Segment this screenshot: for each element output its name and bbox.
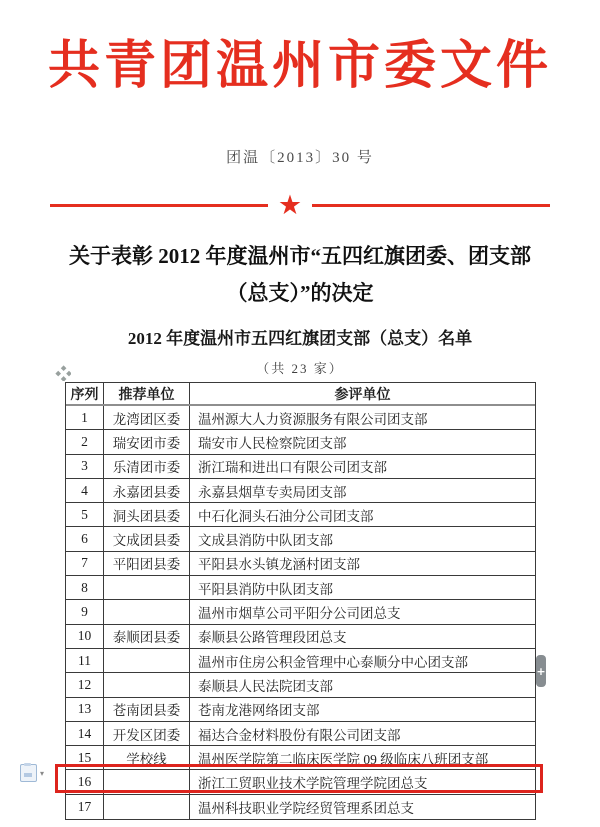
cell-seq: 12 <box>66 673 103 696</box>
cell-seq: 8 <box>66 576 103 599</box>
cell-recommender <box>103 673 189 696</box>
divider-line-left <box>50 204 268 207</box>
table-row: 13苍南团县委苍南龙港网络团支部 <box>66 698 535 722</box>
cell-recommender: 永嘉团县委 <box>103 479 189 502</box>
paste-options-widget[interactable]: ▾ <box>20 763 54 783</box>
cell-unit: 温州科技职业学院经贸管理系团总支 <box>189 795 535 819</box>
cell-recommender: 洞头团县委 <box>103 503 189 526</box>
table-row: 4永嘉团县委永嘉县烟草专卖局团支部 <box>66 479 535 503</box>
table-row: 16浙江工贸职业技术学院管理学院团总支 <box>66 770 535 794</box>
table-resize-plus-handle[interactable]: + <box>536 655 546 687</box>
cell-recommender: 泰顺团县委 <box>103 625 189 648</box>
cell-seq: 16 <box>66 770 103 793</box>
cell-seq: 1 <box>66 406 103 429</box>
column-header-seq: 序列 <box>66 383 103 404</box>
cell-unit: 苍南龙港网络团支部 <box>189 698 535 721</box>
decision-title-line2: （总支）”的决定 <box>30 275 570 312</box>
table-row: 5洞头团县委中石化洞头石油分公司团支部 <box>66 503 535 527</box>
cell-seq: 3 <box>66 455 103 478</box>
cell-unit: 浙江瑞和进出口有限公司团支部 <box>189 455 535 478</box>
cell-unit: 中石化洞头石油分公司团支部 <box>189 503 535 526</box>
cell-unit: 瑞安市人民检察院团支部 <box>189 430 535 453</box>
cell-seq: 10 <box>66 625 103 648</box>
table-row: 15学校线温州医学院第二临床医学院 09 级临床八班团支部 <box>66 746 535 770</box>
table-row: 3乐清团市委浙江瑞和进出口有限公司团支部 <box>66 455 535 479</box>
awards-table-body: 1龙湾团区委温州源大人力资源服务有限公司团支部2瑞安团市委瑞安市人民检察院团支部… <box>66 406 535 819</box>
table-row: 6文成团县委文成县消防中队团支部 <box>66 527 535 551</box>
cell-recommender: 文成团县委 <box>103 527 189 550</box>
cell-unit: 温州源大人力资源服务有限公司团支部 <box>189 406 535 429</box>
cell-seq: 15 <box>66 746 103 769</box>
cell-recommender: 苍南团县委 <box>103 698 189 721</box>
masthead-title: 共青团温州市委文件 <box>0 34 600 100</box>
clipboard-icon <box>20 764 37 782</box>
cell-seq: 9 <box>66 600 103 623</box>
cell-recommender <box>103 770 189 793</box>
cell-recommender: 瑞安团市委 <box>103 430 189 453</box>
list-title: 2012 年度温州市五四红旗团支部（总支）名单 <box>0 324 600 349</box>
cell-unit: 泰顺县公路管理段团总支 <box>189 625 535 648</box>
cell-seq: 5 <box>66 503 103 526</box>
cell-seq: 13 <box>66 698 103 721</box>
awards-table-header: 序列 推荐单位 参评单位 <box>66 383 535 406</box>
cell-unit: 永嘉县烟草专卖局团支部 <box>189 479 535 502</box>
cell-unit: 泰顺县人民法院团支部 <box>189 673 535 696</box>
cell-seq: 2 <box>66 430 103 453</box>
table-row: 8平阳县消防中队团支部 <box>66 576 535 600</box>
table-row: 14开发区团委福达合金材料股份有限公司团支部 <box>66 722 535 746</box>
cell-unit: 温州市烟草公司平阳分公司团总支 <box>189 600 535 623</box>
column-header-recommender: 推荐单位 <box>103 383 189 404</box>
document-page: 共青团温州市委文件 团温〔2013〕30 号 ★ 关于表彰 2012 年度温州市… <box>0 0 600 827</box>
cell-unit: 平阳县消防中队团支部 <box>189 576 535 599</box>
table-row: 1龙湾团区委温州源大人力资源服务有限公司团支部 <box>66 406 535 430</box>
cell-seq: 6 <box>66 527 103 550</box>
cell-recommender: 龙湾团区委 <box>103 406 189 429</box>
cell-recommender <box>103 795 189 819</box>
star-icon: ★ <box>278 192 302 219</box>
decision-title: 关于表彰 2012 年度温州市“五四红旗团委、团支部 （总支）”的决定 <box>30 238 570 312</box>
table-row: 10泰顺团县委泰顺县公路管理段团总支 <box>66 625 535 649</box>
cell-recommender <box>103 649 189 672</box>
cell-recommender <box>103 576 189 599</box>
list-count: （共 23 家） <box>0 358 600 377</box>
cell-seq: 7 <box>66 552 103 575</box>
cell-seq: 14 <box>66 722 103 745</box>
red-divider: ★ <box>0 190 600 220</box>
column-header-unit: 参评单位 <box>189 383 535 404</box>
cell-unit: 福达合金材料股份有限公司团支部 <box>189 722 535 745</box>
cell-unit: 文成县消防中队团支部 <box>189 527 535 550</box>
cell-seq: 17 <box>66 795 103 819</box>
cell-unit: 温州医学院第二临床医学院 09 级临床八班团支部 <box>189 746 535 769</box>
table-move-handle-icon[interactable] <box>55 365 71 381</box>
chevron-down-icon: ▾ <box>40 769 44 778</box>
cell-recommender: 平阳团县委 <box>103 552 189 575</box>
cell-unit: 浙江工贸职业技术学院管理学院团总支 <box>189 770 535 793</box>
table-row: 11温州市住房公积金管理中心泰顺分中心团支部 <box>66 649 535 673</box>
awards-table: 序列 推荐单位 参评单位 1龙湾团区委温州源大人力资源服务有限公司团支部2瑞安团… <box>65 382 536 820</box>
cell-seq: 11 <box>66 649 103 672</box>
divider-line-right <box>312 204 550 207</box>
cell-recommender <box>103 600 189 623</box>
decision-title-line1: 关于表彰 2012 年度温州市“五四红旗团委、团支部 <box>30 238 570 275</box>
table-row: 12泰顺县人民法院团支部 <box>66 673 535 697</box>
table-row: 9温州市烟草公司平阳分公司团总支 <box>66 600 535 624</box>
document-number: 团温〔2013〕30 号 <box>0 146 600 167</box>
cell-unit: 温州市住房公积金管理中心泰顺分中心团支部 <box>189 649 535 672</box>
table-row: 17温州科技职业学院经贸管理系团总支 <box>66 795 535 819</box>
table-row: 2瑞安团市委瑞安市人民检察院团支部 <box>66 430 535 454</box>
cell-recommender: 开发区团委 <box>103 722 189 745</box>
cell-seq: 4 <box>66 479 103 502</box>
cell-recommender: 学校线 <box>103 746 189 769</box>
cell-unit: 平阳县水头镇龙涵村团支部 <box>189 552 535 575</box>
table-row: 7平阳团县委平阳县水头镇龙涵村团支部 <box>66 552 535 576</box>
cell-recommender: 乐清团市委 <box>103 455 189 478</box>
